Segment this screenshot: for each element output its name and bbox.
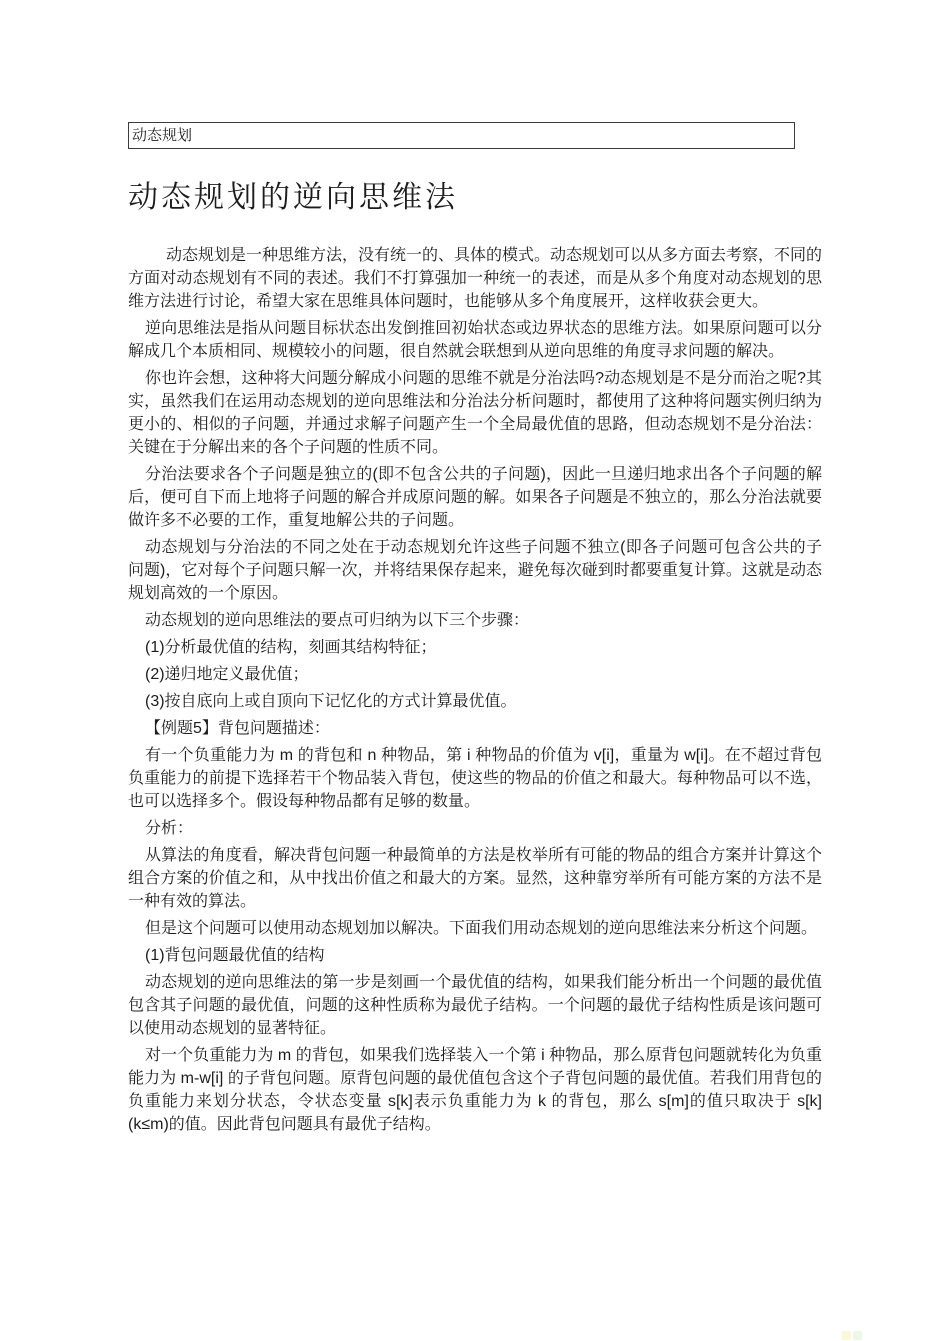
paragraph: 但是这个问题可以使用动态规划加以解决。下面我们用动态规划的逆向思维法来分析这个问… — [128, 917, 822, 940]
document-body: 动态规划是一种思维方法，没有统一的、具体的模式。动态规划可以从多方面去考察，不同… — [128, 244, 822, 1140]
paragraph: 动态规划的逆向思维法的要点可归纳为以下三个步骤： — [128, 609, 822, 632]
paragraph: 有一个负重能力为 m 的背包和 n 种物品，第 i 种物品的价值为 v[i]，重… — [128, 744, 822, 813]
list-item-step-3: (3)按自底向上或自顶向下记忆化的方式计算最优值。 — [128, 690, 822, 713]
paragraph: 动态规划与分治法的不同之处在于动态规划允许这些子问题不独立(即各子问题可包含公共… — [128, 536, 822, 605]
paragraph: 动态规划是一种思维方法，没有统一的、具体的模式。动态规划可以从多方面去考察，不同… — [128, 244, 822, 313]
header-box-label: 动态规划 — [132, 127, 192, 144]
paragraph: 逆向思维法是指从问题目标状态出发倒推回初始状态或边界状态的思维方法。如果原问题可… — [128, 317, 822, 363]
list-item-step-2: (2)递归地定义最优值； — [128, 663, 822, 686]
paragraph: 你也许会想，这种将大问题分解成小问题的思维不就是分治法吗?动态规划是不是分而治之… — [128, 367, 822, 459]
header-box: 动态规划 — [128, 122, 795, 149]
watermark-dot — [853, 1331, 862, 1340]
document-page: 动态规划 动态规划的逆向思维法 动态规划是一种思维方法，没有统一的、具体的模式。… — [0, 0, 950, 1341]
watermark-fragment — [842, 1331, 872, 1341]
analysis-heading: 分析： — [128, 817, 822, 840]
watermark-dot — [842, 1331, 851, 1340]
list-item-step-1: (1)分析最优值的结构，刻画其结构特征； — [128, 636, 822, 659]
paragraph: 从算法的角度看，解决背包问题一种最简单的方法是枚举所有可能的物品的组合方案并计算… — [128, 844, 822, 913]
paragraph: 分治法要求各个子问题是独立的(即不包含公共的子问题)，因此一旦递归地求出各个子问… — [128, 463, 822, 532]
page-title: 动态规划的逆向思维法 — [128, 172, 458, 216]
example-heading: 【例题5】背包问题描述： — [128, 717, 822, 740]
paragraph: 对一个负重能力为 m 的背包，如果我们选择装入一个第 i 种物品，那么原背包问题… — [128, 1044, 822, 1136]
paragraph: 动态规划的逆向思维法的第一步是刻画一个最优值的结构，如果我们能分析出一个问题的最… — [128, 971, 822, 1040]
subsection-heading: (1)背包问题最优值的结构 — [128, 944, 822, 967]
